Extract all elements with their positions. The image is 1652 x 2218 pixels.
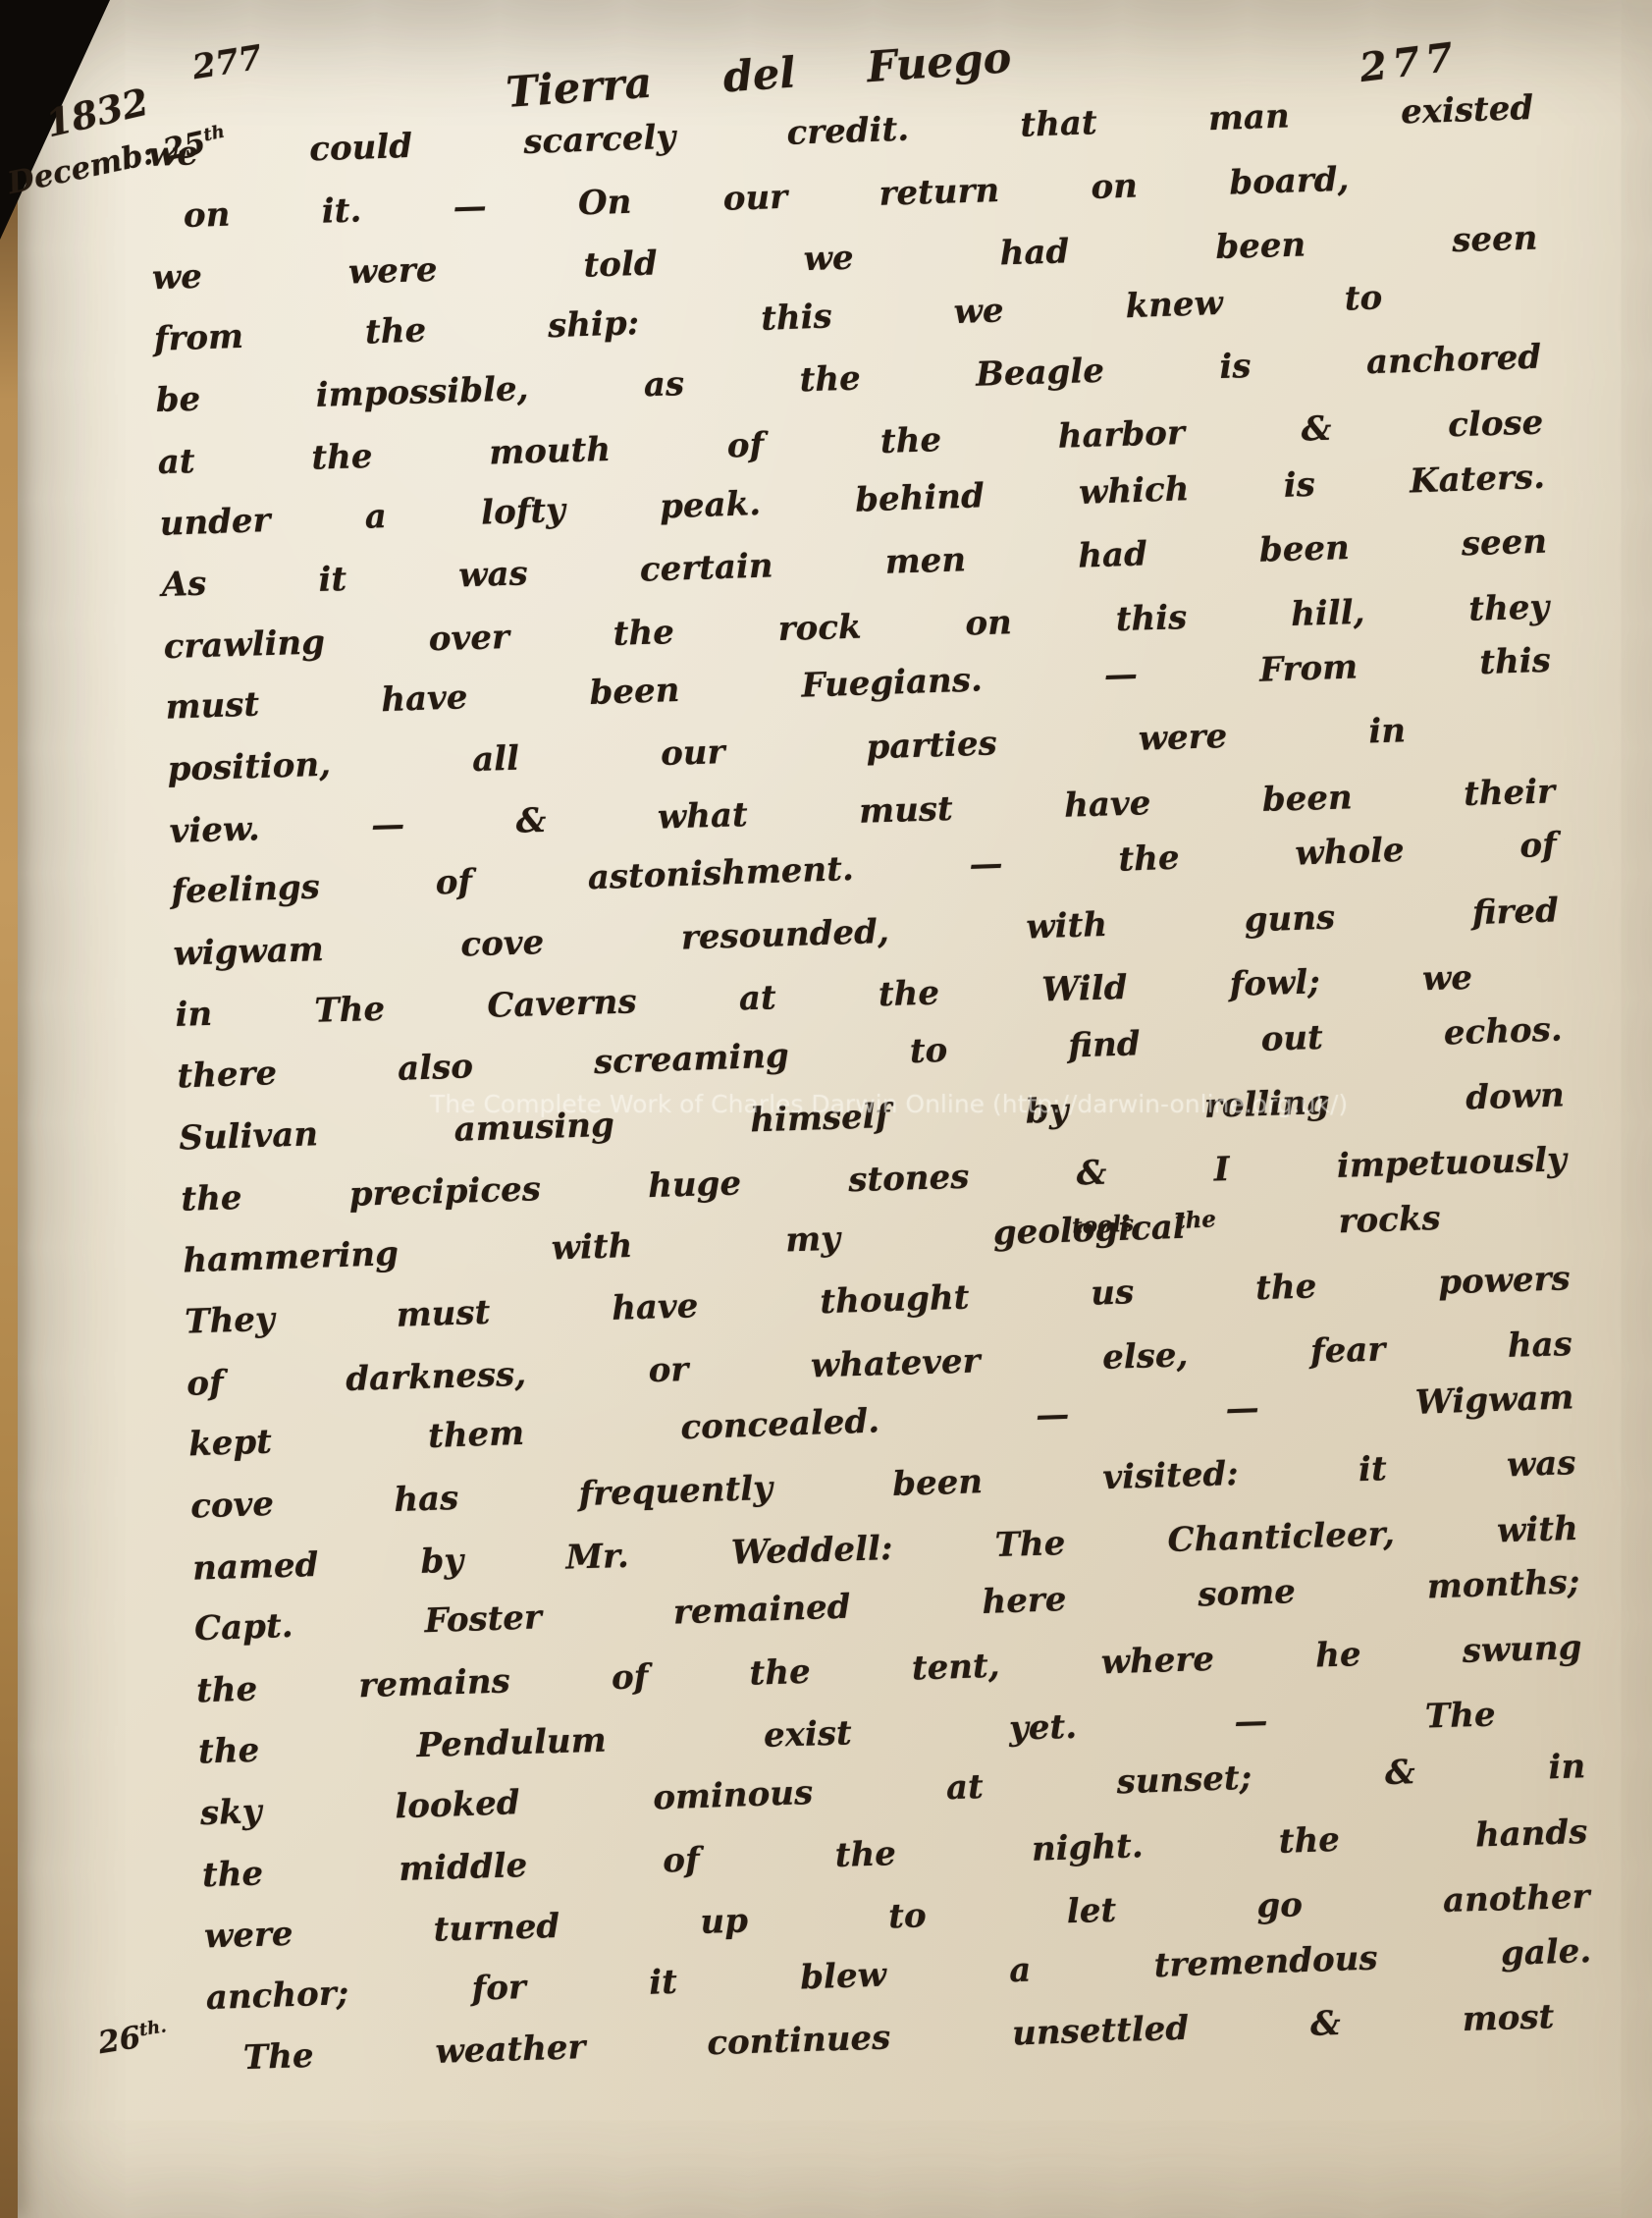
manuscript-word: of <box>187 1364 224 1404</box>
manuscript-word: scarcely <box>523 118 676 162</box>
manuscript-word: named <box>192 1545 319 1589</box>
manuscript-word: out <box>1260 1018 1323 1059</box>
manuscript-word: hill, <box>1291 593 1365 634</box>
manuscript-word: hammering <box>183 1234 400 1280</box>
manuscript-word: sunset; <box>1116 1758 1252 1803</box>
manuscript-word: of <box>611 1657 649 1698</box>
manuscript-word: over <box>428 618 509 659</box>
manuscript-word: rock <box>777 607 862 648</box>
manuscript-word: position, <box>167 745 332 789</box>
manuscript-word: astonishment. <box>587 849 854 897</box>
manuscript-word: we <box>151 257 202 298</box>
manuscript-word: let <box>1066 1891 1116 1931</box>
manuscript-word: is <box>1283 464 1315 505</box>
manuscript-word: our <box>660 732 725 774</box>
manuscript-word: concealed. <box>680 1402 880 1448</box>
manuscript-word: & <box>1301 409 1332 450</box>
manuscript-word: credit. <box>786 110 910 153</box>
manuscript-word: Wild <box>1041 968 1128 1009</box>
manuscript-word: looked <box>395 1783 521 1826</box>
manuscript-word: we <box>1421 958 1472 999</box>
manuscript-word: Caverns <box>487 983 637 1026</box>
manuscript-word: seen <box>1461 522 1547 565</box>
manuscript-word: the <box>181 1178 242 1219</box>
manuscript-word: were <box>347 250 438 293</box>
manuscript-word: anchored <box>1365 338 1541 383</box>
manuscript-word: the <box>879 420 941 461</box>
manuscript-word: we <box>953 291 1004 332</box>
manuscript-word: has <box>1507 1325 1572 1366</box>
manuscript-word: the <box>834 1834 896 1875</box>
manuscript-word: a <box>364 497 387 537</box>
manuscript-word: been <box>892 1462 984 1504</box>
manuscript-word: existed <box>1400 88 1533 133</box>
manuscript-word: in <box>1368 711 1407 751</box>
manuscript-word: or <box>648 1350 689 1390</box>
manuscript-word: been <box>1261 778 1353 820</box>
manuscript-word: lofty <box>480 490 565 532</box>
manuscript-word: peak. <box>659 484 761 526</box>
manuscript-word: knew <box>1125 284 1223 326</box>
manuscript-word: close <box>1448 403 1544 445</box>
manuscript-word: on <box>1091 166 1139 206</box>
manuscript-word: it <box>318 560 347 600</box>
manuscript-word: Weddell: <box>730 1529 893 1573</box>
manuscript-word: unsettled <box>1012 2009 1190 2054</box>
manuscript-word: Wigwam <box>1414 1379 1574 1423</box>
manuscript-word: been <box>1215 226 1306 268</box>
manuscript-word: screaming <box>593 1036 789 1082</box>
manuscript-word: & <box>515 800 547 840</box>
manuscript-word: As <box>161 565 207 605</box>
manuscript-word: go <box>1256 1885 1304 1925</box>
manuscript-word: the <box>196 1669 258 1710</box>
manuscript-word: be <box>155 380 201 420</box>
manuscript-word: tremendous <box>1153 1938 1378 1985</box>
manuscript-word: — <box>1225 1389 1259 1430</box>
manuscript-word: where <box>1100 1640 1214 1683</box>
manuscript-word: most <box>1462 1998 1555 2040</box>
manuscript-word: yet. <box>1009 1707 1078 1749</box>
manuscript-word: could <box>309 127 413 170</box>
manuscript-word: powers <box>1438 1260 1572 1303</box>
manuscript-word: the <box>1255 1268 1317 1309</box>
manuscript-word: men <box>884 540 967 582</box>
manuscript-word: ship: <box>547 303 639 346</box>
manuscript-word: to <box>1344 278 1383 318</box>
manuscript-word: They <box>185 1300 276 1342</box>
manuscript-word: us <box>1091 1272 1135 1313</box>
manuscript-word: remained <box>672 1588 851 1633</box>
manuscript-word: some <box>1198 1572 1297 1614</box>
manuscript-word: gale. <box>1500 1931 1592 1974</box>
manuscript-word: The <box>1424 1696 1496 1737</box>
manuscript-word: tent, <box>911 1647 1000 1689</box>
manuscript-word: I <box>1213 1150 1230 1189</box>
manuscript-word: which <box>1078 469 1190 513</box>
manuscript-word: visited: <box>1102 1454 1240 1497</box>
manuscript-word: the <box>201 1854 263 1895</box>
manuscript-word: of <box>1519 826 1558 866</box>
manuscript-word: has <box>394 1479 459 1520</box>
manuscript-word: here <box>982 1580 1067 1622</box>
manuscript-word: Pendulum <box>416 1721 607 1766</box>
manuscript-word: Chanticleer, <box>1167 1514 1395 1560</box>
manuscript-word: the <box>198 1731 260 1772</box>
manuscript-word: to <box>909 1031 948 1071</box>
manuscript-word: must <box>396 1293 491 1335</box>
manuscript-word: whatever <box>810 1341 981 1385</box>
manuscript-word: The <box>314 990 386 1031</box>
manuscript-word: the <box>613 613 674 654</box>
manuscript-word: mouth <box>489 430 612 473</box>
manuscript-word: had <box>1078 535 1148 576</box>
manuscript-word: another <box>1443 1877 1590 1920</box>
manuscript-word: sky <box>199 1792 262 1833</box>
manuscript-word: with <box>551 1226 633 1269</box>
manuscript-word: Beagle <box>976 352 1105 395</box>
manuscript-word: on <box>183 194 231 235</box>
manuscript-word: impossible, <box>315 370 529 416</box>
manuscript-word: & <box>1076 1154 1107 1194</box>
manuscript-word: with <box>1026 905 1108 947</box>
manuscript-word: The <box>242 2036 314 2078</box>
manuscript-word: it <box>1358 1449 1387 1489</box>
manuscript-word: On <box>577 182 632 223</box>
manuscript-word: blew <box>800 1955 887 1997</box>
manuscript-word: Fuegians. <box>801 661 984 706</box>
manuscript-word: they <box>1468 587 1550 628</box>
manuscript-word: precipices <box>348 1169 541 1215</box>
manuscript-word: seen <box>1452 219 1538 260</box>
manuscript-word: for <box>471 1968 527 2009</box>
manuscript-word: been <box>1258 528 1350 570</box>
manuscript-word: — <box>1234 1703 1268 1743</box>
date-margin-note-26: 26th. <box>96 2016 171 2062</box>
manuscript-word: & <box>1309 2004 1341 2044</box>
manuscript-word: of <box>435 862 473 902</box>
manuscript-word: cove <box>460 923 545 965</box>
page-number: 277 <box>1358 33 1462 91</box>
manuscript-word: crawling <box>163 622 325 667</box>
manuscript-word: Mr. <box>565 1536 629 1577</box>
watermark-text: The Complete Work of Charles Darwin Onli… <box>430 1090 1421 1118</box>
manuscript-word: there <box>177 1054 278 1096</box>
manuscript-word: — <box>453 187 487 227</box>
manuscript-word: must <box>859 789 954 832</box>
manuscript-word: under <box>159 501 271 544</box>
manuscript-word: — <box>969 844 1003 885</box>
manuscript-word: fear <box>1309 1329 1385 1371</box>
manuscript-word: the <box>1278 1820 1340 1862</box>
manuscript-word: harbor <box>1057 413 1185 457</box>
manuscript-word: as <box>643 365 684 406</box>
manuscript-word: also <box>397 1047 473 1089</box>
manuscript-word: & <box>1384 1753 1415 1793</box>
manuscript-word: whole <box>1295 831 1406 874</box>
manuscript-word: he <box>1315 1635 1362 1675</box>
manuscript-word: behind <box>855 476 986 519</box>
manuscript-word: at <box>157 442 195 482</box>
manuscript-word: down <box>1465 1075 1566 1117</box>
manuscript-word: was <box>458 554 529 595</box>
manuscript-word: anchor; <box>205 1974 349 2018</box>
manuscript-word: to <box>888 1896 928 1936</box>
manuscript-word: board, <box>1229 159 1350 202</box>
manuscript-word: middle <box>399 1846 528 1889</box>
manuscript-word: — <box>1103 655 1138 695</box>
manuscript-word: thought <box>820 1278 970 1323</box>
manuscript-word: we <box>147 134 198 175</box>
manuscript-word: wigwam <box>173 930 324 974</box>
manuscript-word: echos. <box>1443 1009 1563 1053</box>
manuscript-word: that <box>1020 103 1097 145</box>
manuscript-word: kept <box>188 1423 273 1465</box>
manuscript-word: feelings <box>171 868 321 912</box>
manuscript-word: exist <box>763 1714 852 1757</box>
manuscript-word: return <box>879 171 1000 214</box>
manuscript-word: was <box>1506 1443 1576 1485</box>
manuscript-word: From <box>1258 648 1358 690</box>
manuscript-word: from <box>153 317 244 359</box>
manuscript-word: in <box>1548 1747 1586 1787</box>
manuscript-word: at <box>738 979 776 1019</box>
manuscript-word: guns <box>1244 897 1336 940</box>
date-margin-26-superscript: th. <box>137 2016 168 2040</box>
manuscript-word: Katers. <box>1409 457 1545 501</box>
manuscript-word: by <box>420 1541 464 1581</box>
manuscript-word: of <box>726 425 764 465</box>
manuscript-word: impetuously <box>1336 1140 1567 1186</box>
manuscript-word: huge <box>648 1163 742 1206</box>
date-margin-26-text: 26 <box>96 2020 143 2061</box>
manuscript-word: have <box>381 678 468 721</box>
manuscript-word: weather <box>435 2029 586 2073</box>
manuscript-word: is <box>1219 347 1252 387</box>
manuscript-word: this <box>1115 598 1188 639</box>
manuscript-word: Capt. <box>193 1606 293 1649</box>
manuscript-word: have <box>612 1286 699 1328</box>
manuscript-word: parties <box>866 724 997 767</box>
manuscript-word: with <box>1496 1509 1578 1550</box>
manuscript-word: — <box>371 805 405 845</box>
manuscript-word: them <box>427 1414 524 1456</box>
manuscript-word: our <box>722 177 788 218</box>
manuscript-word: darkness, <box>346 1355 527 1399</box>
manuscript-word: hands <box>1474 1812 1588 1856</box>
manuscript-word: stones <box>848 1158 970 1201</box>
book-edge <box>0 0 18 2218</box>
manuscript-page: 1832 277 Decemb: 25th Tierra del Fuego 2… <box>0 0 1652 2218</box>
manuscript-word: in <box>175 995 213 1035</box>
manuscript-word: my <box>785 1218 841 1260</box>
manuscript-word: it <box>649 1963 678 2003</box>
manuscript-word: on <box>965 603 1013 643</box>
manuscript-word: cove <box>190 1485 275 1527</box>
manuscript-word: were <box>1138 717 1228 759</box>
manuscript-word: rocks <box>1338 1199 1441 1242</box>
manuscript-word: had <box>999 233 1070 274</box>
manuscript-word: all <box>471 739 519 780</box>
manuscript-word: certain <box>639 547 773 590</box>
manuscript-word: swung <box>1462 1628 1582 1671</box>
manuscript-word: else, <box>1102 1335 1189 1377</box>
manuscript-word: of <box>663 1840 701 1880</box>
manuscript-word: the <box>1118 839 1180 880</box>
manuscript-word: this <box>761 297 833 338</box>
manuscript-word: up <box>700 1902 749 1942</box>
manuscript-word: Foster <box>424 1597 543 1641</box>
manuscript-word: at <box>945 1767 984 1808</box>
manuscript-word: we <box>803 239 854 279</box>
manuscript-word: the <box>364 310 426 352</box>
manuscript-word: Sulivan <box>179 1114 319 1158</box>
manuscript-word: find <box>1068 1024 1142 1065</box>
manuscript-word: the <box>311 437 373 478</box>
manuscript-word: — <box>1036 1395 1070 1435</box>
manuscript-word: what <box>657 795 748 838</box>
manuscript-word: the <box>878 974 939 1015</box>
page-title: Tierra del Fuego <box>505 33 1013 118</box>
manuscript-word: told <box>583 244 658 286</box>
manuscript-word: the <box>799 359 861 401</box>
manuscript-word: view. <box>169 809 260 851</box>
manuscript-word: their <box>1464 772 1556 814</box>
manuscript-word: months; <box>1426 1562 1580 1606</box>
manuscript-word: night. <box>1031 1826 1144 1869</box>
manuscript-word: it. <box>321 190 362 231</box>
manuscript-word: turned <box>433 1907 560 1950</box>
manuscript-word: man <box>1207 96 1290 138</box>
page-number-small: 277 <box>189 38 264 88</box>
manuscript-word: must <box>165 685 260 728</box>
manuscript-word: the <box>749 1652 811 1694</box>
manuscript-word: remains <box>358 1661 511 1705</box>
manuscript-word: a <box>1009 1950 1032 1990</box>
manuscript-word: this <box>1479 641 1552 682</box>
manuscript-word: resounded, <box>680 912 889 958</box>
manuscript-word: have <box>1064 784 1151 826</box>
manuscript-word: continues <box>707 2019 891 2064</box>
manuscript-word: The <box>994 1524 1066 1565</box>
manuscript-word: frequently <box>578 1469 773 1514</box>
manuscript-word: were <box>203 1915 293 1957</box>
manuscript-word: fired <box>1471 891 1559 933</box>
manuscript-word: fowl; <box>1229 963 1320 1005</box>
manuscript-word: been <box>589 671 680 713</box>
manuscript-word: ominous <box>653 1773 814 1818</box>
